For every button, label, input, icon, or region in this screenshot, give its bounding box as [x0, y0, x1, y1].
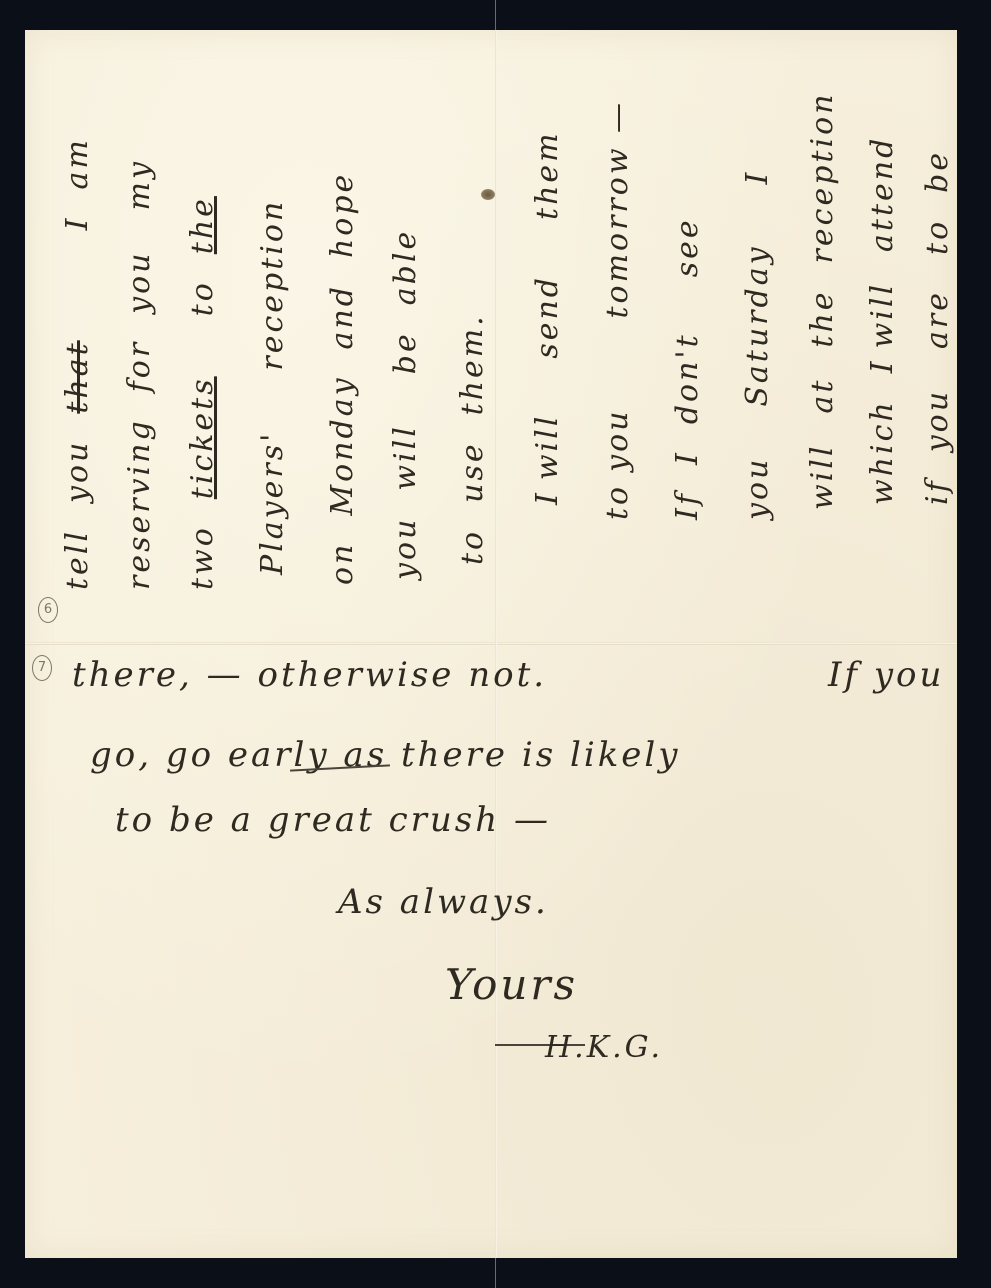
rotated-line-1: tellyouthatIam: [60, 137, 95, 590]
rotated-line-13: whichIwillattend: [865, 136, 900, 505]
rotated-line-4: Players'reception: [255, 199, 290, 575]
horizontal-line-3: to be a great crush —: [115, 800, 551, 840]
rotated-line-12: willatthereception: [805, 92, 840, 510]
closing-line: As always.: [338, 882, 549, 922]
ink-blot: [481, 189, 495, 200]
page-marker-7: 7: [32, 655, 52, 681]
horizontal-line-1: there, — otherwise not.: [72, 655, 547, 695]
rotated-line-8: Iwillsendthem: [530, 130, 565, 505]
signature: H.K.G.: [545, 1030, 663, 1065]
page-marker-6: 6: [38, 597, 58, 623]
rotated-line-10: IfIdon'tsee: [670, 217, 705, 520]
rotated-line-6: youwillbeable: [388, 229, 423, 580]
rotated-line-14: ifyouaretobe: [920, 150, 955, 505]
rotated-line-9: toyoutomorrow —: [600, 100, 635, 520]
fold-edge-top: [495, 0, 496, 30]
rotated-line-3: twoticketstothe: [185, 196, 220, 590]
salutation: Yours: [445, 960, 578, 1009]
rotated-line-7: tousethem.: [455, 313, 490, 565]
rotated-line-11: youSaturdayI: [740, 170, 775, 520]
horizontal-line-2: go, go early as there is likely: [90, 735, 681, 775]
rotated-line-5: onMondayandhope: [325, 172, 360, 585]
horizontal-fold: [25, 642, 957, 645]
rotated-line-2: reservingforyoumy: [122, 159, 157, 590]
horizontal-line-1-end: If you: [828, 655, 944, 695]
vertical-fold: [495, 30, 497, 1258]
fold-edge-bottom: [495, 1258, 496, 1288]
